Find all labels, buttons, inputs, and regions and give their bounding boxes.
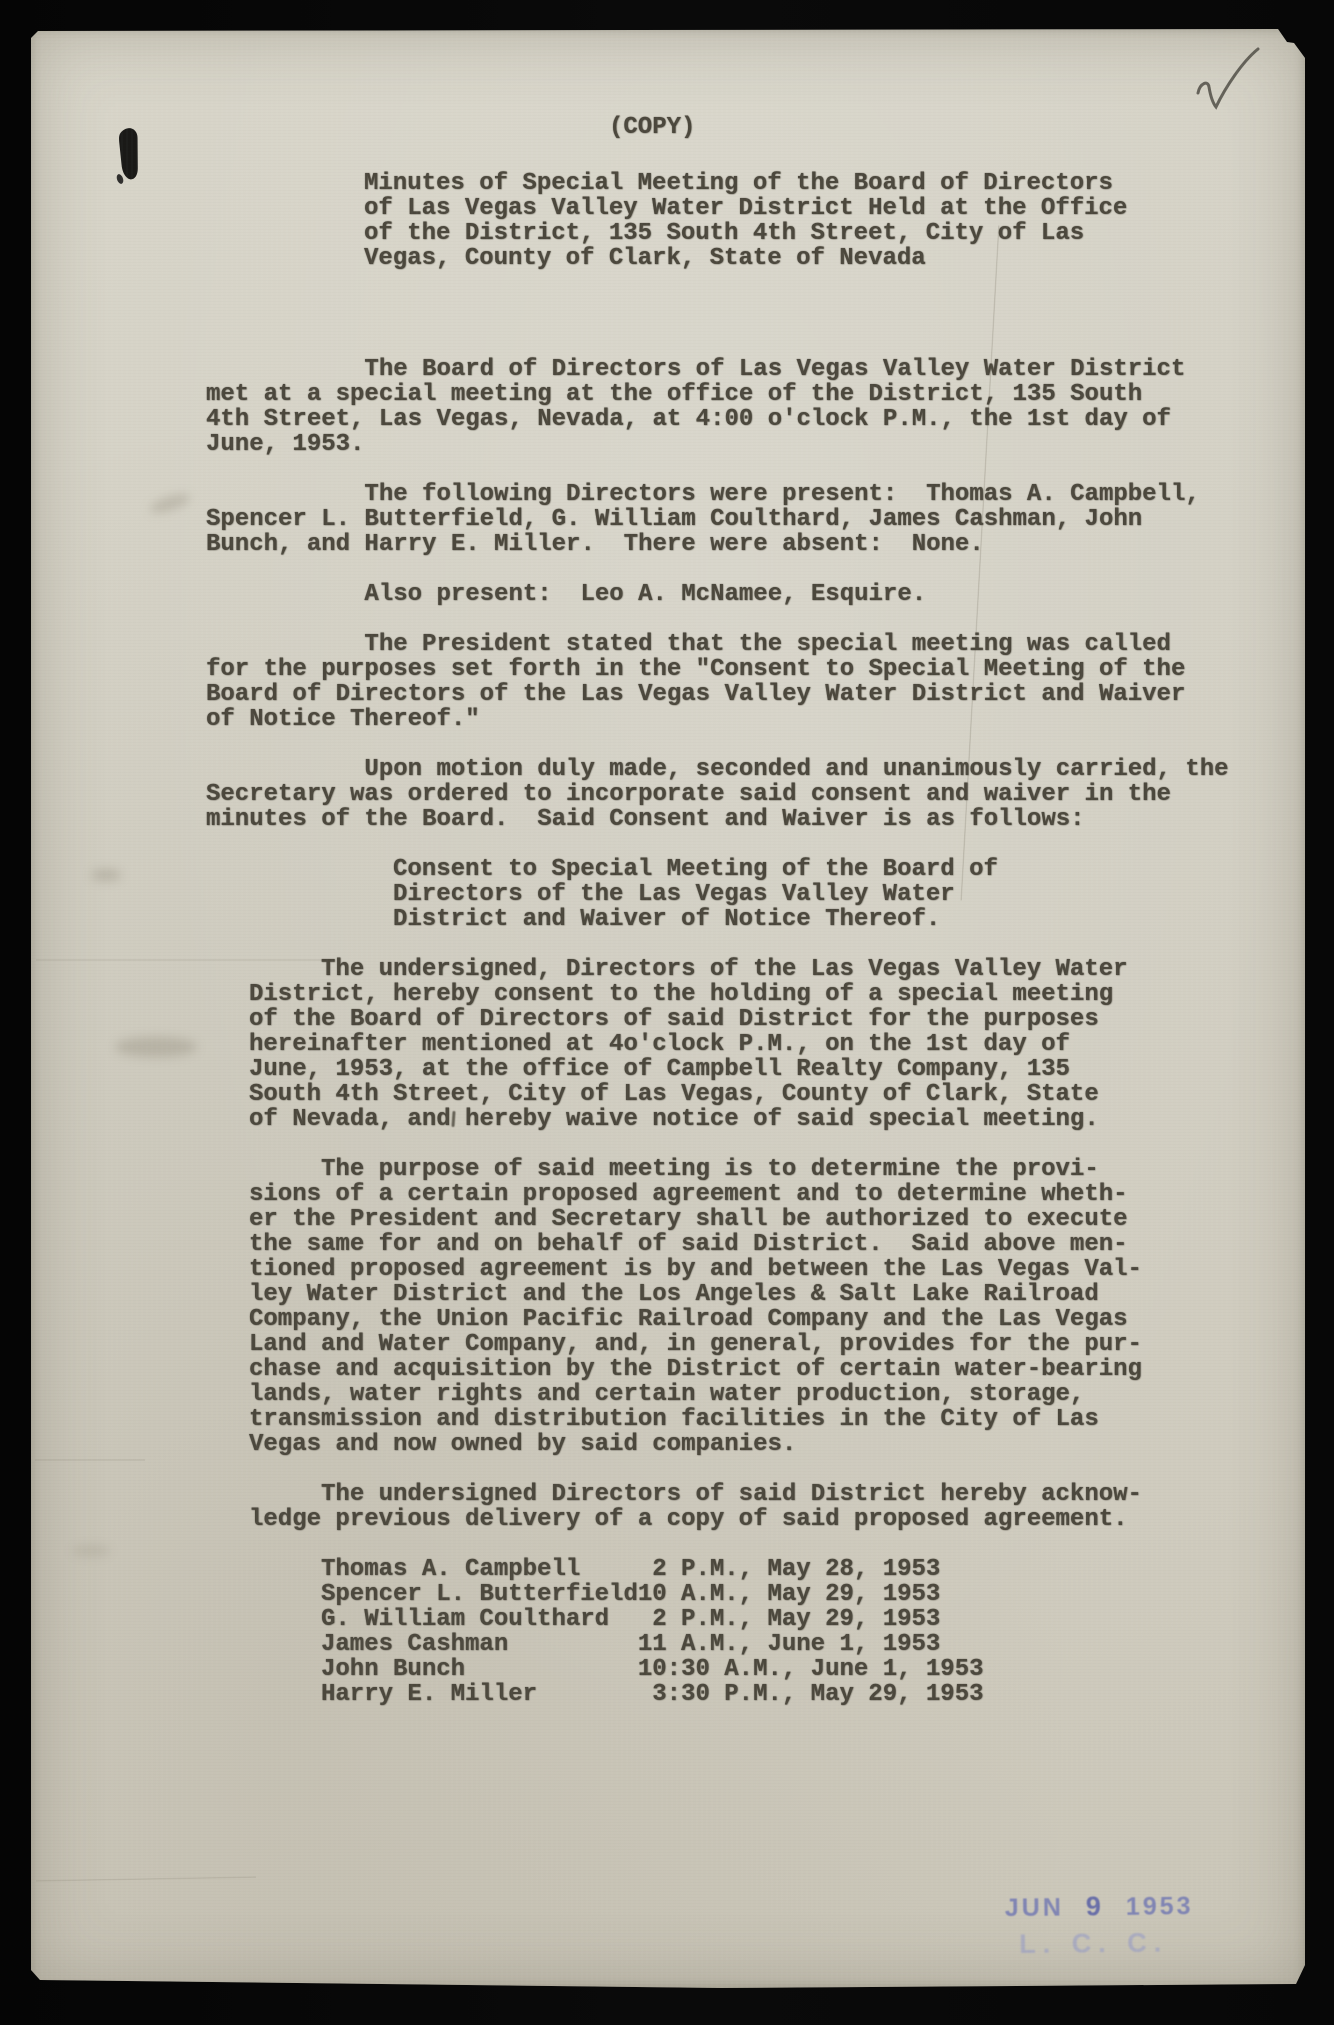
stamp-year: 1953 [1126,1892,1194,1922]
stamp-month: JUN [1005,1894,1064,1924]
paragraph-consent-text: The undersigned, Directors of the Las Ve… [249,957,1128,1132]
paper-smudge [91,869,121,881]
delivery-times-list: Thomas A. Campbell 2 P.M., May 28, 1953 … [321,1557,984,1707]
ink-blot [107,125,155,187]
stamp-date-row: JUN 9 1953 [1005,1890,1225,1923]
paragraph-acknowledgment: The undersigned Directors of said Distri… [249,1482,1142,1532]
stamp-day: 9 [1086,1891,1104,1922]
paragraph-president-statement: The President stated that the special me… [206,632,1185,732]
scan-background: (COPY) Minutes of Special Meeting of the… [0,0,1334,2025]
paragraph-motion: Upon motion duly made, seconded and unan… [206,757,1229,832]
received-stamp: JUN 9 1953 L. C. C. [1005,1890,1226,1960]
paper-smudge [71,1545,111,1557]
document-title: Minutes of Special Meeting of the Board … [364,171,1127,271]
paper-crease [35,1459,145,1461]
paragraph-purpose-text: The purpose of said meeting is to determ… [249,1157,1142,1457]
stamp-initials: L. C. C. [1019,1927,1225,1960]
copy-label: (COPY) [609,115,695,140]
paragraph-also-present: Also present: Leo A. McNamee, Esquire. [206,582,926,607]
paragraph-directors-present: The following Directors were present: Th… [206,482,1200,557]
document-page: (COPY) Minutes of Special Meeting of the… [31,29,1305,1988]
paper-crease [36,1876,256,1882]
checkmark-annotation [1188,41,1268,115]
paper-smudge [148,491,192,516]
consent-heading: Consent to Special Meeting of the Board … [393,857,998,932]
paper-smudge [115,1037,197,1057]
paragraph-meeting-opening: The Board of Directors of Las Vegas Vall… [206,357,1185,457]
